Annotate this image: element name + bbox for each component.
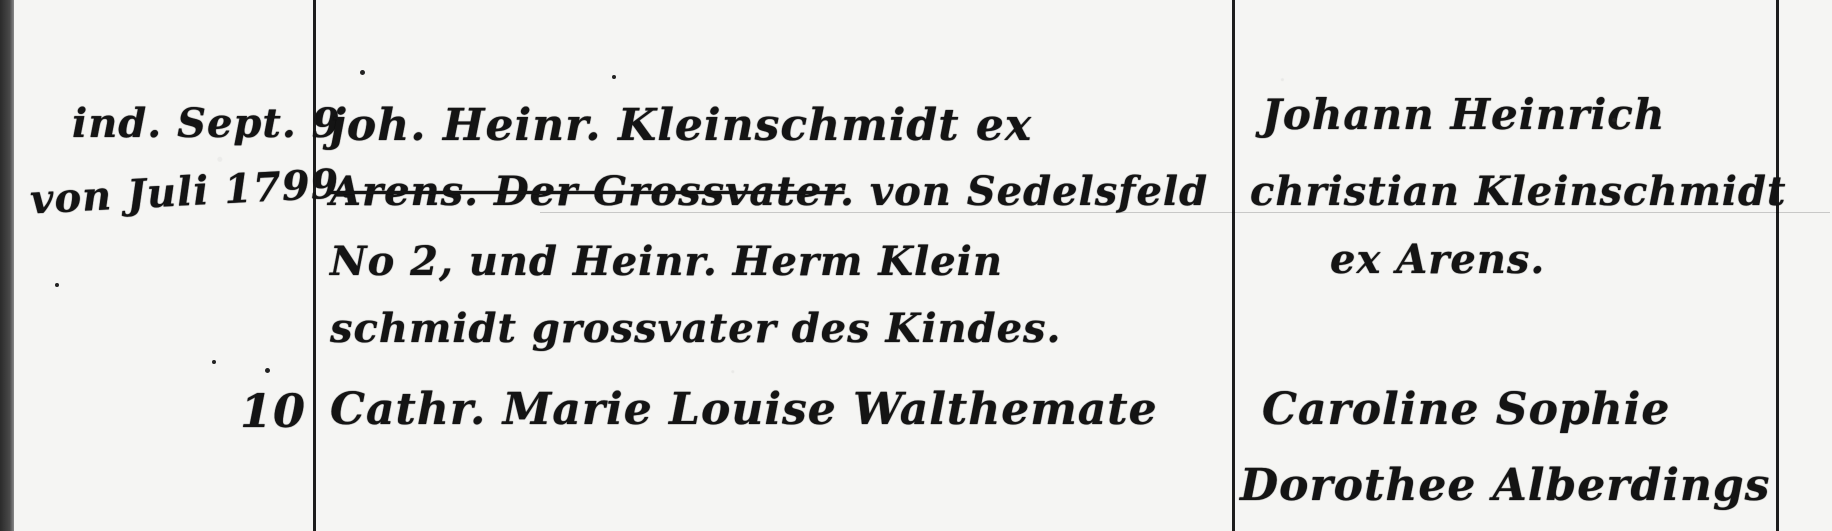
entry-9-child-line2: christian Kleinschmidt <box>1250 168 1786 215</box>
entry-9-parents-struck-text: Arens. Der Grossvater <box>330 168 844 215</box>
ink-speck <box>265 368 270 373</box>
entry-9-date-line2: von Juli 1799. <box>29 160 356 224</box>
ink-speck <box>612 75 616 79</box>
ink-speck <box>55 283 59 287</box>
entry-10-child-line2: Dorothee Alberdings <box>1240 460 1770 511</box>
entry-9-parents-line4: schmidt grossvater des Kindes. <box>330 305 1061 352</box>
ink-speck <box>212 360 216 364</box>
entry-10-child-line1: Caroline Sophie <box>1262 384 1670 435</box>
entry-9-parents-line2: . von Sedelsfeld <box>840 168 1208 215</box>
entry-10-number: 10 <box>240 384 306 438</box>
entry-9-date-line1: ind. Sept. 9 <box>72 100 341 147</box>
entry-9-parents-line3: No 2, und Heinr. Herm Klein <box>330 238 1003 285</box>
column-divider-right <box>1776 0 1779 531</box>
ink-speck <box>1612 118 1616 122</box>
entry-9-parents-line1: joh. Heinr. Kleinschmidt ex <box>330 100 1032 151</box>
column-divider-parents-child <box>1232 0 1235 531</box>
entry-10-parents-line1: Cathr. Marie Louise Walthemate <box>330 384 1158 435</box>
entry-9-child-line3: ex Arens. <box>1330 236 1545 283</box>
page-binding-edge <box>0 0 14 531</box>
entry-9-child-line1: Johann Heinrich <box>1262 90 1665 139</box>
ink-speck <box>360 70 365 75</box>
column-divider-date-parents <box>313 0 316 531</box>
register-page: ind. Sept. 9 von Juli 1799. joh. Heinr. … <box>0 0 1832 531</box>
